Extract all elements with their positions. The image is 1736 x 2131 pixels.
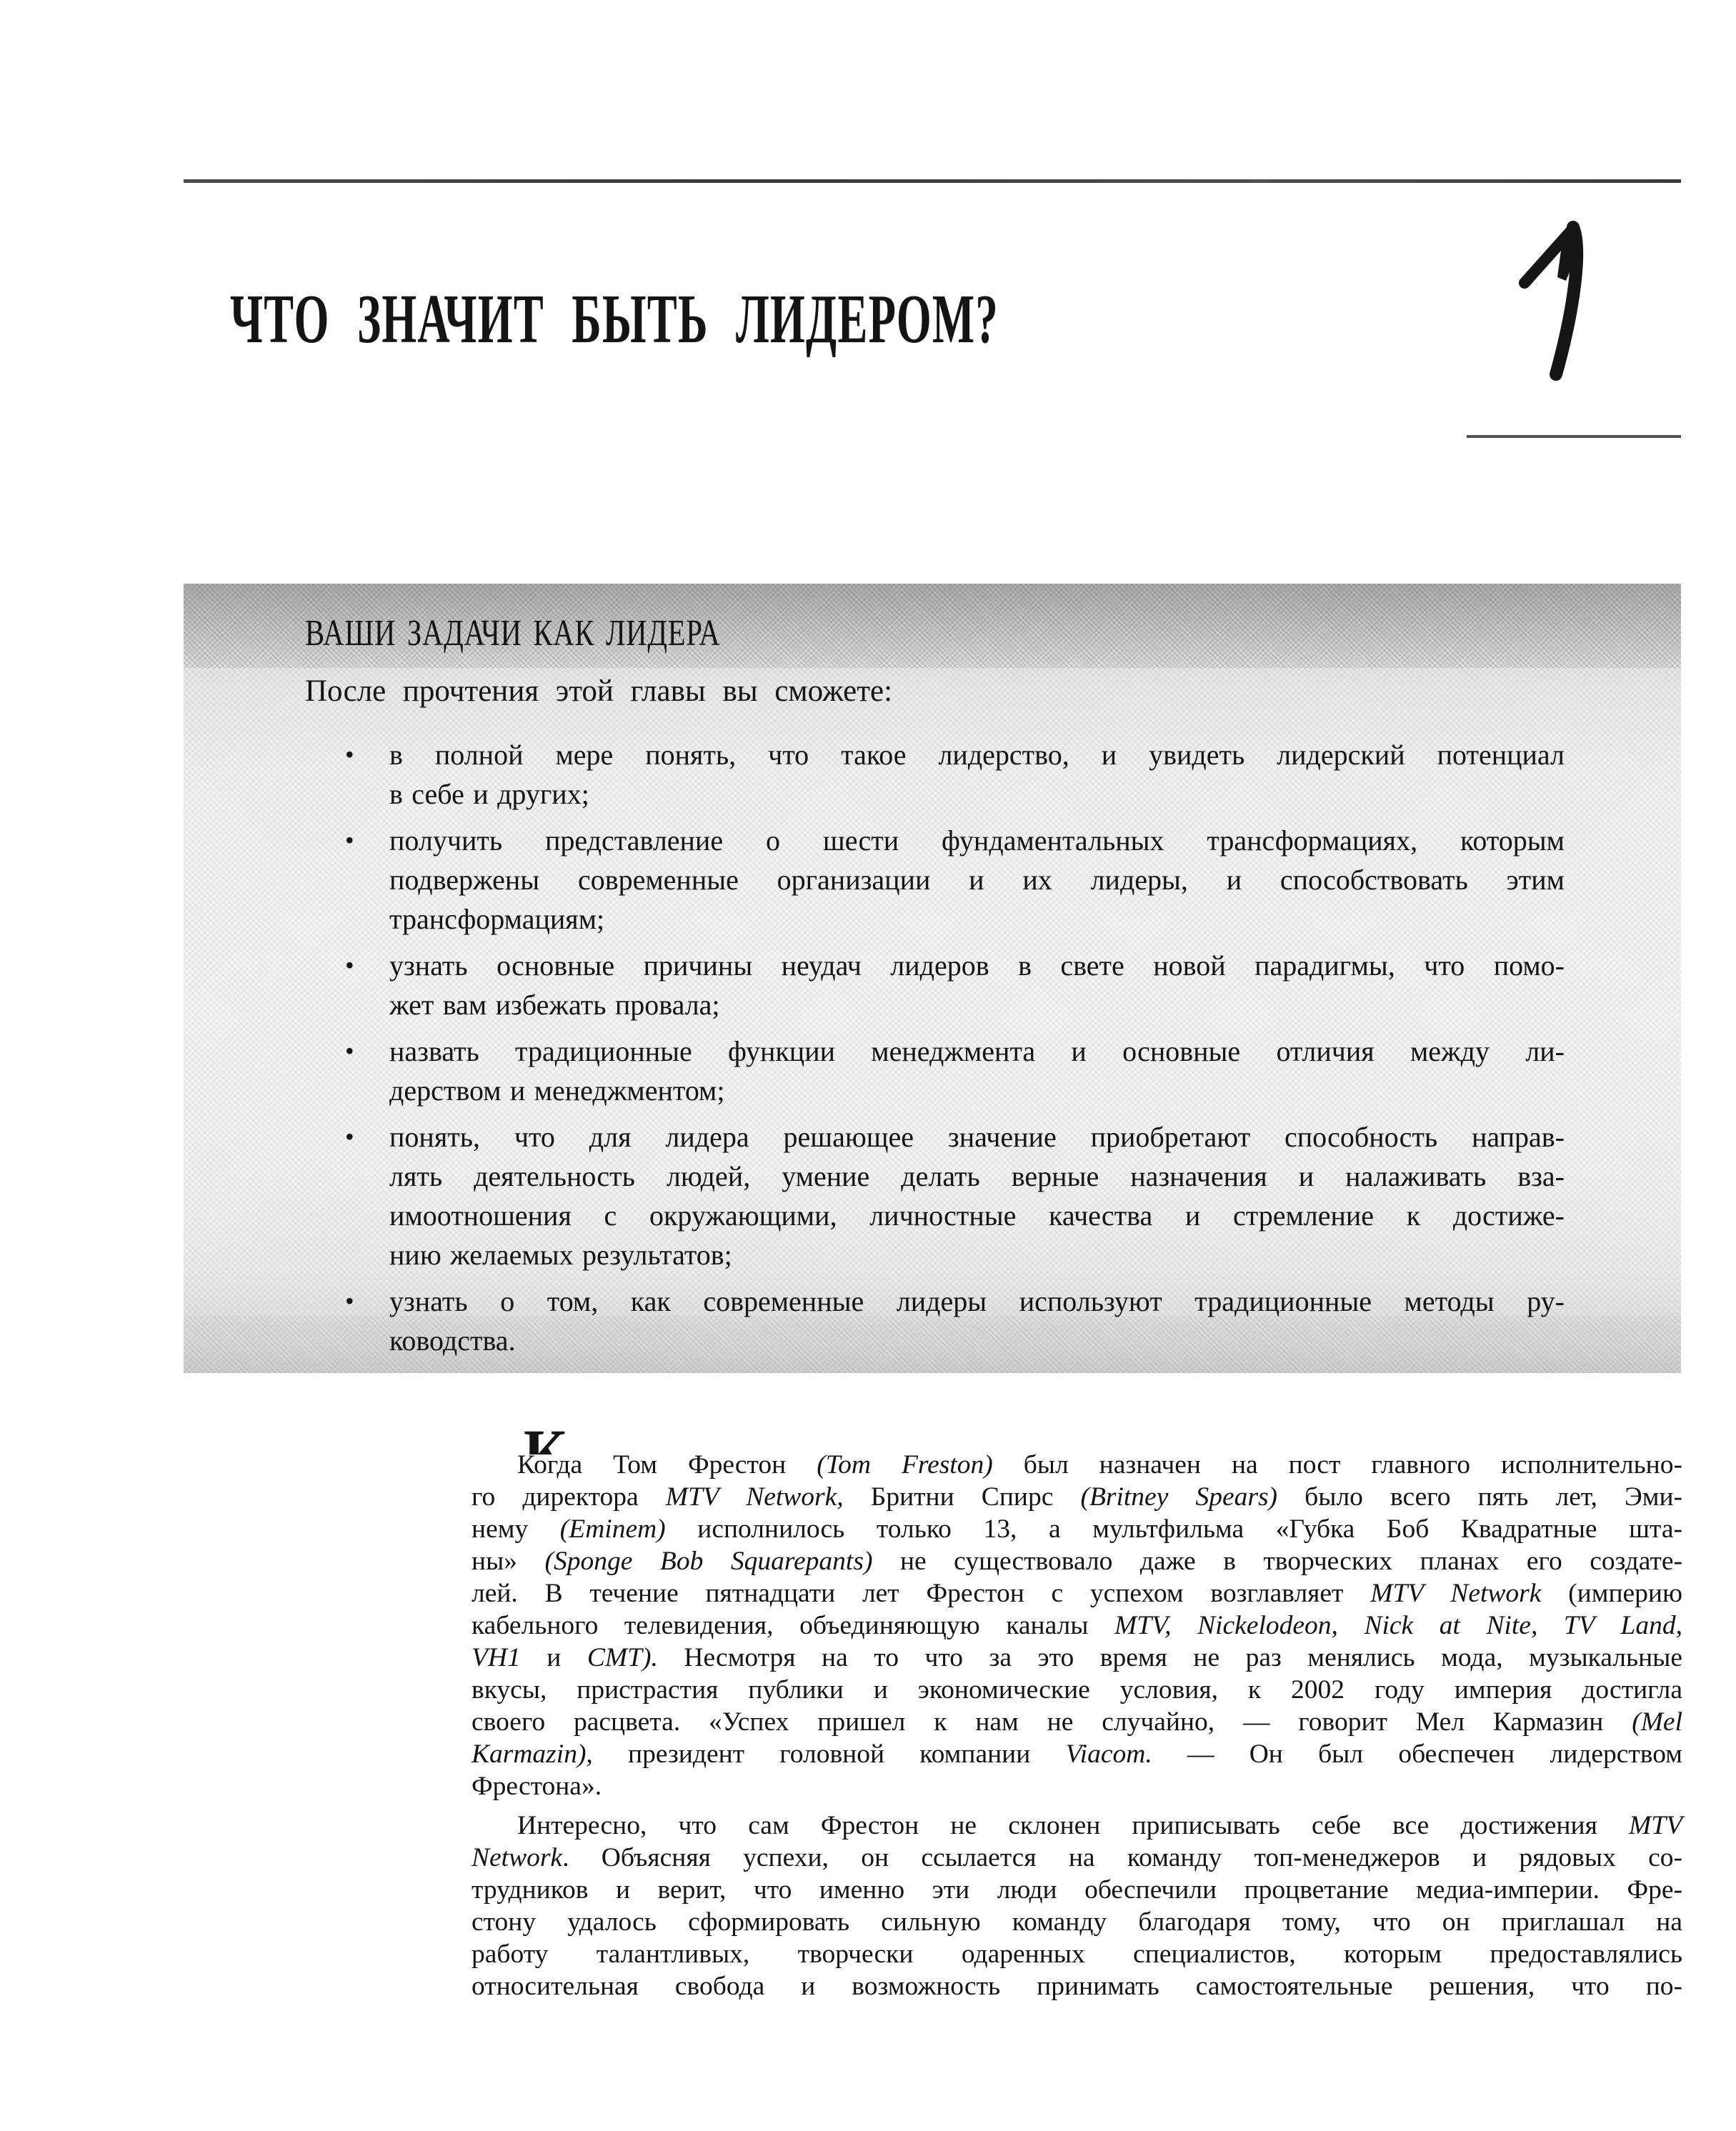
bullet-dot-icon: • [345, 1282, 354, 1321]
text-line: Karmazin), президент головной компании V… [472, 1738, 1682, 1770]
objective-item: •в полной мере понять, что такое лидерст… [389, 735, 1565, 814]
text-line: трудников и верит, что именно эти люди о… [472, 1874, 1682, 1906]
objective-line: нию желаемых результатов; [389, 1235, 1565, 1274]
text-line: Network. Объясняя успехи, он ссылается н… [472, 1842, 1682, 1874]
objective-line: в полной мере понять, что такое лидерств… [389, 735, 1565, 774]
text-line: своего расцвета. «Успех пришел к нам не … [472, 1706, 1682, 1738]
handwritten-one-icon [1513, 213, 1609, 403]
text-line: го директора MTV Network, Бритни Спирс (… [472, 1481, 1682, 1513]
text-line: стону удалось сформировать сильную коман… [472, 1906, 1682, 1938]
objective-item: •понять, что для лидера решающее значени… [389, 1117, 1565, 1274]
objectives-heading: ВАШИ ЗАДАЧИ КАК ЛИДЕРА [305, 615, 721, 652]
text-line: Интересно, что сам Фрестон не склонен пр… [472, 1810, 1682, 1842]
bullet-dot-icon: • [345, 946, 354, 985]
scanned-book-page: { "page": { "title": "ЧТО ЗНАЧИТ БЫТЬ ЛИ… [0, 0, 1736, 2131]
body-text: Когда Том Фрестон (Tom Freston) был назн… [472, 1449, 1682, 2002]
objectives-box: ВАШИ ЗАДАЧИ КАК ЛИДЕРА После прочтения э… [184, 584, 1681, 1373]
objective-item: •узнать основные причины неудач лидеров … [389, 946, 1565, 1024]
paragraph: Когда Том Фрестон (Tom Freston) был назн… [472, 1449, 1682, 1802]
text-line: нему (Eminem) исполнилось только 13, а м… [472, 1513, 1682, 1545]
bullet-dot-icon: • [345, 735, 354, 774]
text-line: лей. В течение пятнадцати лет Фрестон с … [472, 1577, 1682, 1610]
text-line: Фрестона». [472, 1770, 1682, 1802]
objective-line: дерством и менеджментом; [389, 1071, 1565, 1110]
chapter-number: 1 [1513, 213, 1609, 403]
objective-item: •получить представление о шести фундамен… [389, 821, 1565, 939]
objective-line: узнать основные причины неудач лидеров в… [389, 946, 1565, 985]
objectives-intro: После прочтения этой главы вы сможете: [305, 674, 892, 709]
objective-line: трансформациям; [389, 899, 1565, 939]
text-line: ны» (Sponge Bob Squarepants) не существо… [472, 1545, 1682, 1577]
objective-line: узнать о том, как современные лидеры исп… [389, 1282, 1565, 1321]
objective-item: •узнать о том, как современные лидеры ис… [389, 1282, 1565, 1360]
text-line: Когда Том Фрестон (Tom Freston) был назн… [472, 1449, 1682, 1481]
objective-line: в себе и других; [389, 774, 1565, 814]
objective-line: имоотношения с окружающими, личностные к… [389, 1196, 1565, 1235]
chapter-rule [1467, 435, 1681, 438]
text-line: работу талантливых, творчески одаренных … [472, 1938, 1682, 1970]
bullet-dot-icon: • [345, 1032, 354, 1071]
objective-line: подвержены современные организации и их … [389, 860, 1565, 899]
objective-line: лять деятельность людей, умение делать в… [389, 1157, 1565, 1196]
bullet-dot-icon: • [345, 1117, 354, 1157]
objective-item: •назвать традиционные функции менеджмент… [389, 1032, 1565, 1110]
text-line: VH1 и CMT). Несмотря на то что за это вр… [472, 1642, 1682, 1674]
header-rule [184, 179, 1681, 183]
dropcap-fragment: К [524, 1428, 575, 1454]
text-line: вкусы, пристрастия публики и экономическ… [472, 1674, 1682, 1706]
chapter-title: ЧТО ЗНАЧИТ БЫТЬ ЛИДЕРОМ? [230, 284, 999, 354]
text-line: относительная свобода и возможность прин… [472, 1970, 1682, 2002]
objective-line: понять, что для лидера решающее значение… [389, 1117, 1565, 1157]
text-line: кабельного телевидения, объединяющую кан… [472, 1610, 1682, 1642]
objective-line: получить представление о шести фундамент… [389, 821, 1565, 860]
objective-line: назвать традиционные функции менеджмента… [389, 1032, 1565, 1071]
objective-line: ководства. [389, 1321, 1565, 1360]
objective-line: жет вам избежать провала; [389, 985, 1565, 1024]
objectives-list: •в полной мере понять, что такое лидерст… [389, 735, 1565, 1367]
bullet-dot-icon: • [345, 821, 354, 860]
paragraph: Интересно, что сам Фрестон не склонен пр… [472, 1810, 1682, 2002]
